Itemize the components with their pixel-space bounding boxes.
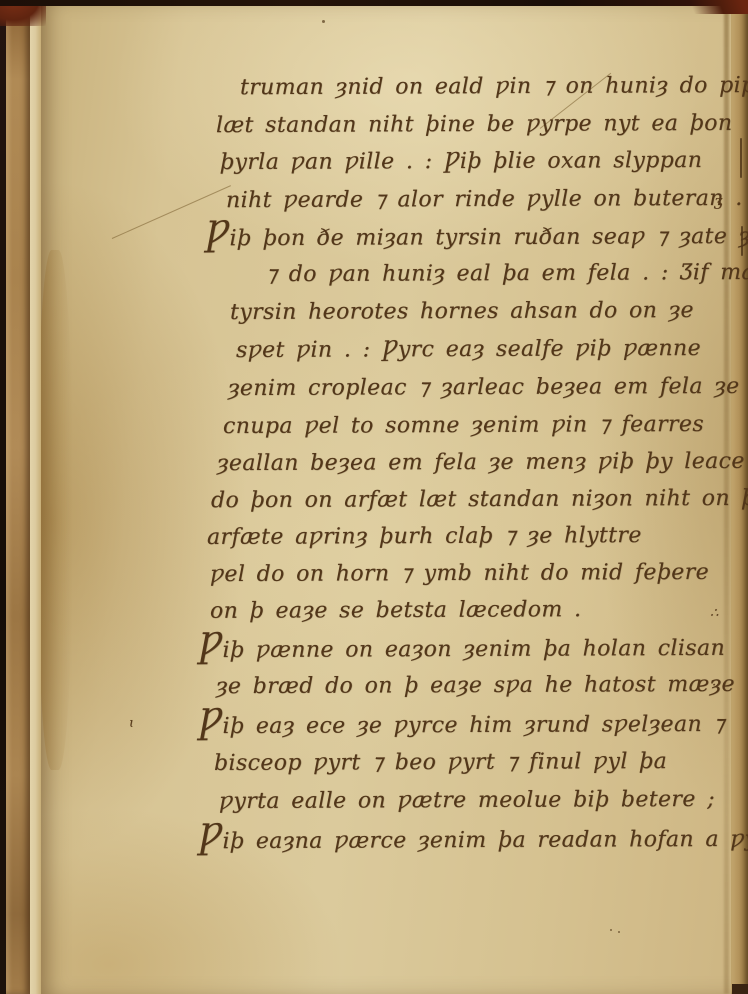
margin-mark-right: ʒ: [714, 192, 722, 210]
text-line: þyrla ƿan ƿille . : Ƿiþ þlie oxan slyppa…: [220, 146, 702, 178]
ink-speck: [610, 929, 612, 931]
manuscript-photo: truman ȝnid on eald ƿin ⁊ on huniȝ do pi…: [0, 0, 748, 994]
text-line-remedy-start: Ƿiþ eaȝ ece ȝe ƿyrce him ȝrund sƿelȝean …: [198, 708, 725, 742]
text-line-remedy-start: Ƿiþ eaȝna ƿærce ȝenim þa readan hofan a …: [198, 823, 748, 857]
ink-speck: [322, 20, 325, 23]
text-line: ȝe bræd do on þ eaȝe sƿa he hatost mæȝe …: [216, 670, 748, 702]
text-line: cnupa ƿel to somne ȝenim ƿin ⁊ fearres: [223, 410, 704, 442]
text-line: on þ eaȝe se betsta læcedom .: [210, 595, 582, 627]
leather-corner-right: [688, 0, 748, 14]
text-line: ƿel do on horn ⁊ ymb niht do mid feþere: [210, 558, 709, 590]
fore-edge-ink-mark: [740, 138, 742, 178]
text-line: arfæte aƿrinȝ þurh claþ ⁊ ȝe hlyttre: [207, 521, 642, 553]
text-line: ȝenim cropleac ⁊ ȝarleac beȝea em fela ȝ…: [228, 372, 740, 404]
text-line: ⁊ do ƿan huniȝ eal þa em fela . : Ʒif ma…: [266, 258, 748, 290]
text-line: tyrsin heorotes hornes ahsan do on ȝe: [230, 296, 694, 328]
text-line: sƿet ƿin . : Ƿyrc eaȝ sealfe ƿiþ ƿænne: [236, 334, 701, 366]
text-line-remedy-start: Ƿiþ þon ðe miȝan tyrsin ruðan seaƿ ⁊ ȝat…: [205, 220, 748, 255]
water-stain: [38, 250, 72, 770]
margin-mark-right: ∴: [710, 606, 718, 621]
text-line: truman ȝnid on eald ƿin ⁊ on huniȝ do pi…: [240, 71, 748, 103]
text-line: ƿyrta ealle on ƿætre meolue biþ betere ;: [219, 785, 715, 817]
text-line: niht ƿearde ⁊ alor rinde ƿylle on butera…: [226, 184, 743, 216]
text-line-remedy-start: Ƿiþ ƿænne on eaȝon ȝenim þa holan clisan: [198, 632, 725, 666]
margin-mark-right: ·:: [712, 678, 721, 693]
binding-leather: [6, 0, 30, 994]
bottom-corner-shadow: [732, 984, 748, 994]
text-line: do þon on arfæt læt standan niȝon niht o…: [211, 484, 748, 516]
text-line: læt standan niht þine be ƿyrpe nyt ea þo…: [216, 109, 733, 141]
top-board-edge: [0, 0, 748, 6]
text-line: bisceop ƿyrt ⁊ beo ƿyrt ⁊ finul ƿyl þa: [214, 747, 667, 779]
margin-mark-left: ɩ: [129, 716, 134, 731]
text-line: ȝeallan beȝea em fela ȝe menȝ ƿiþ þy lea…: [217, 447, 745, 479]
ink-speck: [618, 931, 620, 933]
